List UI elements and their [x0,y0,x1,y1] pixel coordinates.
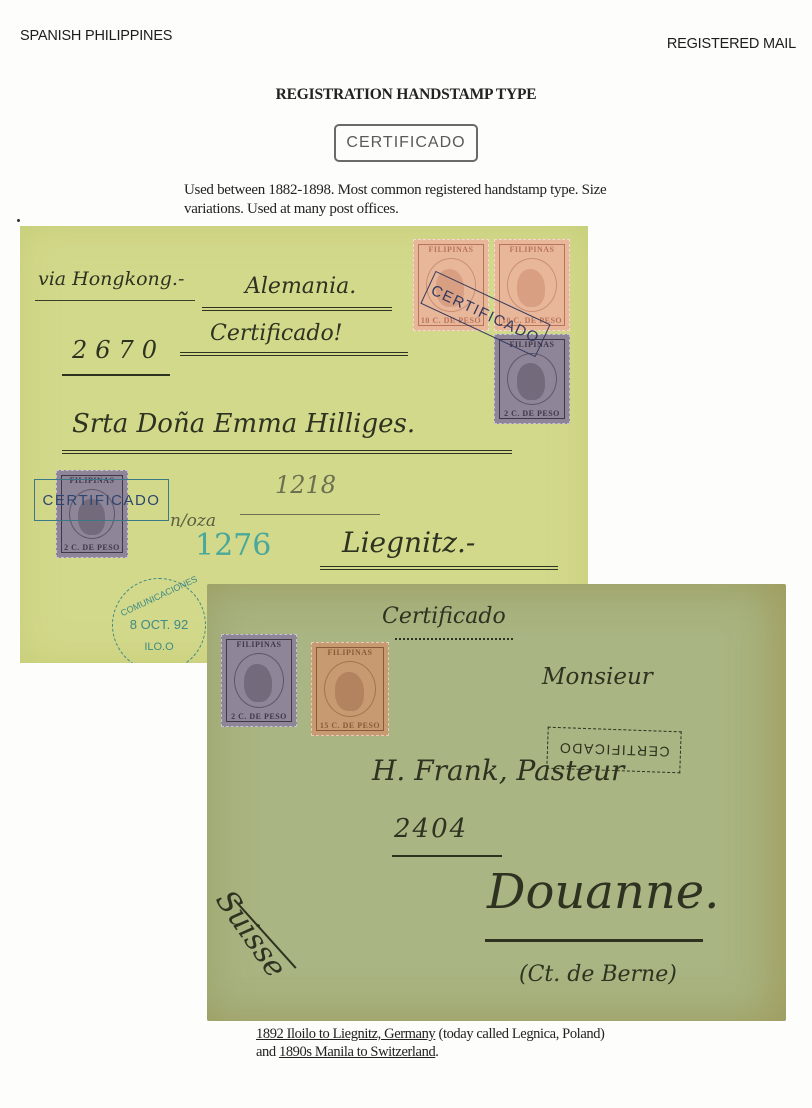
cover-manila-switzerland: Certificado Monsieur H. Frank, Pasteur 2… [207,584,786,1021]
hw-country: Alemania. [245,274,356,299]
hw-route: via Hongkong.- [38,268,184,290]
route-underline [35,300,195,301]
city-underline [320,566,558,570]
country-underline [202,307,392,311]
stamp-2c: FILIPINAS 2 C. DE PESO [221,634,297,727]
stamp-15c: FILIPINAS 15 C. DE PESO [311,642,389,736]
hw-number: 2404 [394,814,468,844]
hw-salutation: Monsieur [542,664,653,690]
bullet-dot [17,219,20,222]
handstamp-certificado-2: CERTIFICADO [34,479,169,521]
city-underline [485,939,703,942]
hw-blue-crayon: 1276 [195,528,271,563]
postmark-iloilo: COMUNICACIONES 8 OCT. 92 ILO.O [112,578,206,663]
hw-reg-number: 1218 [275,471,336,499]
hw-number: 2670 [72,336,165,364]
hw-country: Suisse [208,884,293,984]
hw-addressee: Srta Doña Emma Hilliges. [72,409,415,439]
hw-registered: Certificado! [210,321,343,346]
hw-city: Douanne. [487,864,719,920]
header-right: REGISTERED MAIL [667,36,796,52]
registered-underline [180,352,408,356]
sample-handstamp: CERTIFICADO [334,124,478,162]
hw-city: Liegnitz.- [342,526,475,559]
description: Used between 1882-1898. Most common regi… [184,181,624,219]
page-title: REGISTRATION HANDSTAMP TYPE [0,86,812,104]
number-underline [392,855,502,857]
reg-number-underline [240,514,380,515]
caption: 1892 Iloilo to Liegnitz, Germany (today … [256,1025,676,1061]
header-left: SPANISH PHILIPPINES [20,28,172,44]
caption-link-cover1: 1892 Iloilo to Liegnitz, Germany [256,1026,435,1042]
addressee-underline [62,450,512,454]
hw-registered: Certificado [382,604,506,629]
hw-canton: (Ct. de Berne) [519,962,677,987]
caption-link-cover2: 1890s Manila to Switzerland [279,1044,435,1060]
number-underline [62,374,170,376]
registered-underline [395,638,513,640]
handstamp-certificado-inverted: CERTIFICADO [546,727,681,774]
